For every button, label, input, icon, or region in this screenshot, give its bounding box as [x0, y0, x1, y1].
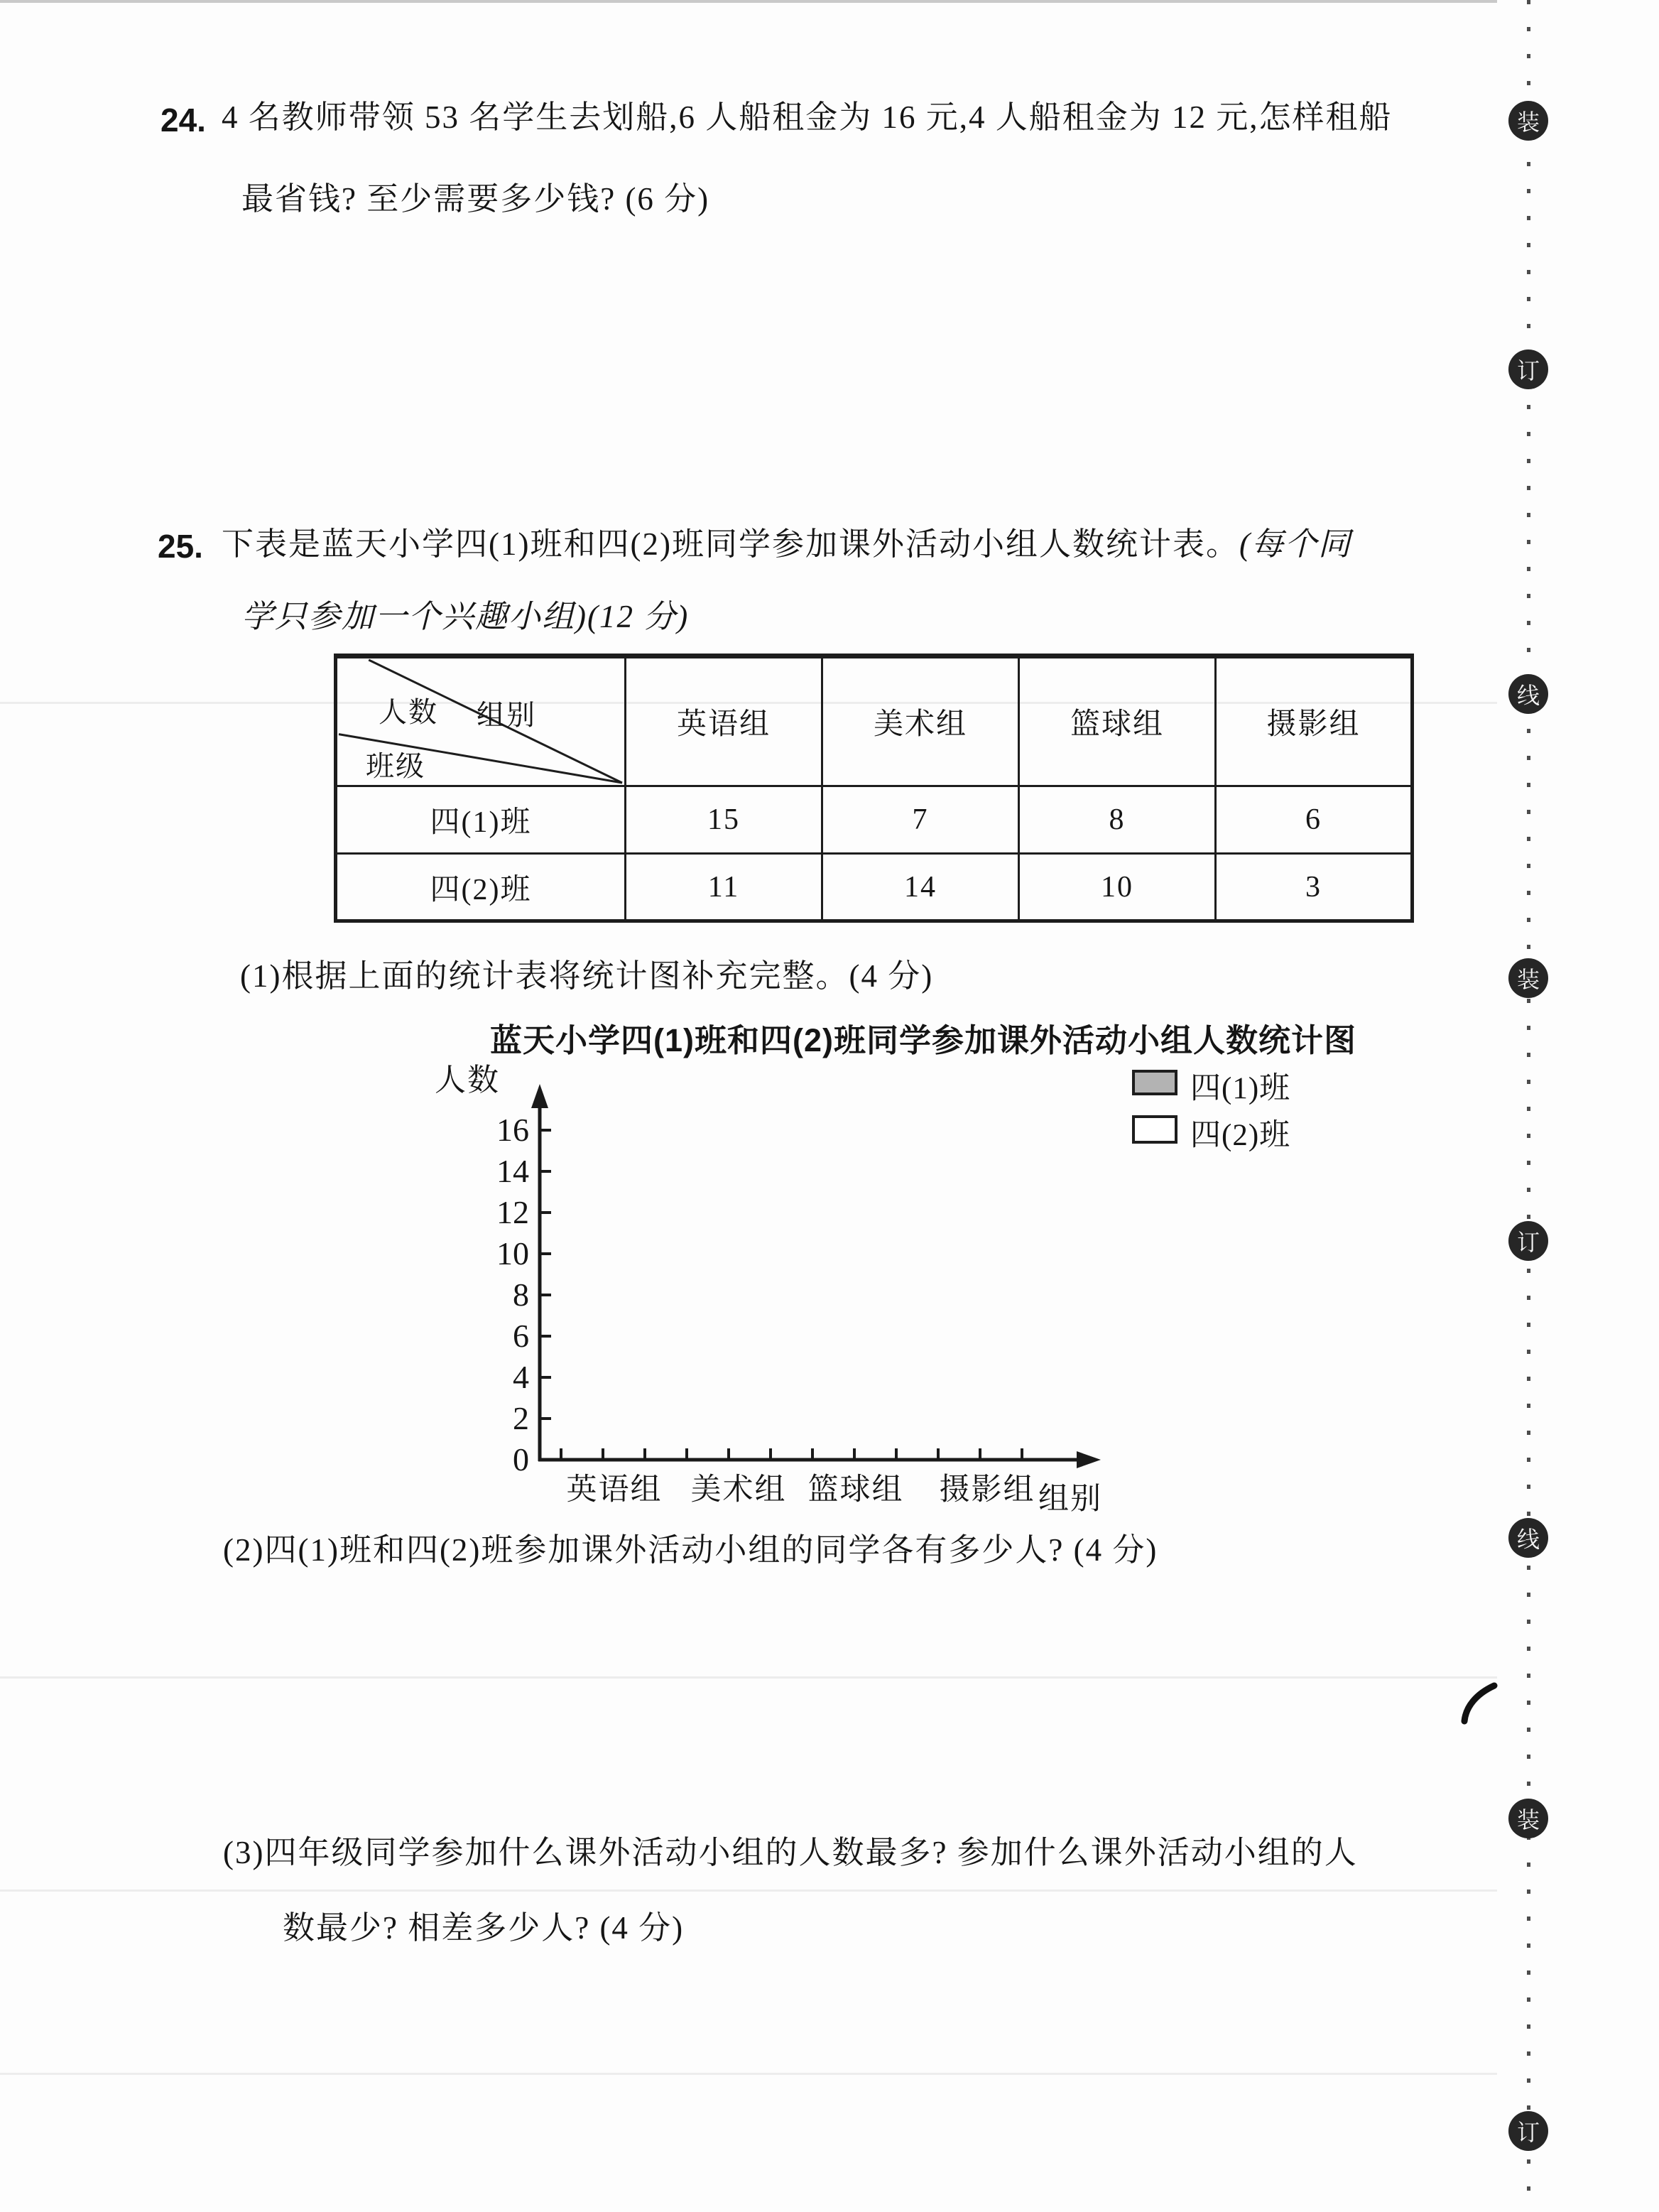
question-24-line1: 4 名教师带领 53 名学生去划船,6 人船租金为 16 元,4 人船租金为 1… [222, 102, 1393, 134]
binding-badge: 订 [1508, 349, 1548, 389]
table-cell: 8 [1019, 786, 1216, 854]
y-tick-label: 2 [444, 1400, 529, 1437]
binding-badge: 装 [1508, 101, 1548, 141]
y-tick-label: 4 [444, 1359, 529, 1396]
question-25-line2: 学只参加一个兴趣小组)(12 分) [241, 601, 689, 633]
legend-swatch-class2 [1132, 1115, 1177, 1144]
ink-mark [1449, 1680, 1506, 1730]
corner-label-people: 人数 [379, 690, 438, 730]
legend-label-class1: 四(1)班 [1190, 1064, 1290, 1107]
question-25-number: 25. [158, 527, 203, 565]
table-row-label: 四(2)班 [336, 854, 626, 921]
table-cell: 14 [822, 854, 1019, 921]
y-axis-arrow [531, 1084, 548, 1108]
binding-badge: 线 [1508, 674, 1548, 714]
question-25-line1: 下表是蓝天小学四(1)班和四(2)班同学参加课外活动小组人数统计表。(每个同 [222, 528, 1351, 560]
table-cell: 6 [1216, 786, 1413, 854]
sub-question-3-line2: 数最少? 相差多少人? (4 分) [283, 1912, 684, 1944]
binding-badge: 订 [1508, 1221, 1548, 1261]
table-col-header: 篮球组 [1019, 656, 1216, 786]
corner-label-class: 班级 [366, 744, 425, 784]
stats-table: 人数 组别 班级 英语组 美术组 篮球组 摄影组 四(1)班 15 7 8 6 … [334, 654, 1414, 923]
binding-badge: 线 [1508, 1518, 1548, 1558]
table-cell: 7 [822, 786, 1019, 854]
table-col-header: 英语组 [626, 656, 822, 786]
y-tick-label: 14 [444, 1153, 529, 1190]
table-row: 四(1)班 15 7 8 6 [336, 786, 1413, 854]
table-cell: 10 [1019, 854, 1216, 921]
question-25-line1-main: 下表是蓝天小学四(1)班和四(2)班同学参加课外活动小组人数统计表。 [222, 526, 1239, 562]
sub-question-3-line1: (3)四年级同学参加什么课外活动小组的人数最多? 参加什么课外活动小组的人 [223, 1837, 1358, 1869]
chart-title: 蓝天小学四(1)班和四(2)班同学参加课外活动小组人数统计图 [369, 1014, 1477, 1061]
scan-streak [0, 1676, 1497, 1679]
binding-dotted-line [1527, 0, 1530, 2212]
corner-label-group: 组别 [477, 693, 536, 733]
binding-badge: 装 [1508, 1799, 1548, 1838]
sub-question-1: (1)根据上面的统计表将统计图补充完整。(4 分) [240, 960, 933, 992]
table-row: 四(2)班 11 14 10 3 [336, 854, 1413, 921]
legend-label-class2: 四(2)班 [1190, 1111, 1290, 1154]
table-cell: 11 [626, 854, 822, 921]
binding-badge: 订 [1508, 2111, 1548, 2151]
y-tick-label: 0 [444, 1441, 529, 1478]
y-tick-label: 10 [444, 1235, 529, 1272]
question-25-line1-paren: (每个同 [1239, 526, 1351, 562]
question-24-line2: 最省钱? 至少需要多少钱? (6 分) [241, 183, 709, 215]
legend-swatch-class1 [1132, 1070, 1177, 1095]
sub-question-2: (2)四(1)班和四(2)班参加课外活动小组的同学各有多少人? (4 分) [223, 1534, 1158, 1566]
scan-streak [0, 2073, 1497, 2075]
scan-streak [0, 1890, 1497, 1892]
chart-x-axis-label: 组别 [1038, 1475, 1102, 1518]
table-row-label: 四(1)班 [336, 786, 626, 854]
scan-streak [0, 0, 1497, 3]
y-tick-label: 6 [444, 1318, 529, 1355]
table-col-header: 美术组 [822, 656, 1019, 786]
table-corner-cell: 人数 组别 班级 [336, 656, 626, 786]
x-axis-arrow [1077, 1451, 1101, 1468]
binding-badge: 装 [1508, 958, 1548, 998]
table-col-header: 摄影组 [1216, 656, 1413, 786]
exam-page: 24. 4 名教师带领 53 名学生去划船,6 人船租金为 16 元,4 人船租… [0, 0, 1659, 2212]
table-cell: 3 [1216, 854, 1413, 921]
y-tick-label: 12 [444, 1194, 529, 1231]
y-tick-label: 8 [444, 1276, 529, 1313]
table-cell: 15 [626, 786, 822, 854]
question-24-number: 24. [161, 101, 206, 139]
y-tick-label: 16 [444, 1112, 529, 1149]
